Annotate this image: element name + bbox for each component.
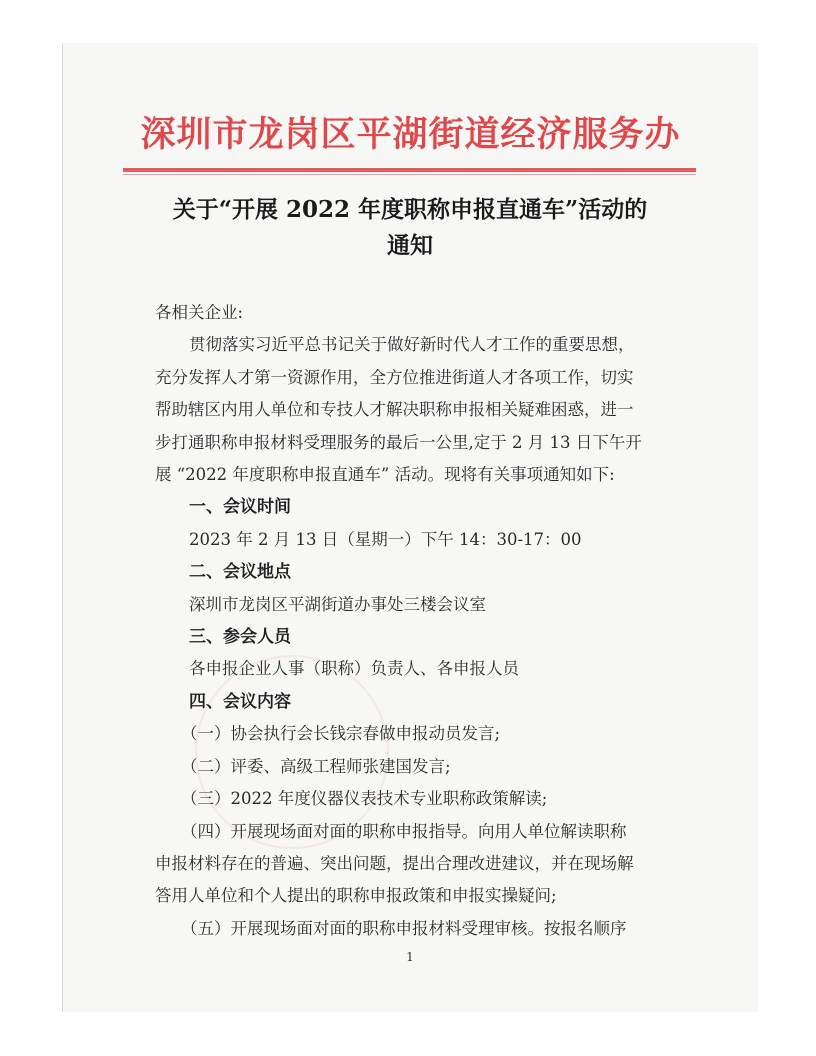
red-rule: [123, 168, 696, 172]
agenda-item-4-line: 答用人单位和个人提出的职称申报政策和申报实操疑问;: [155, 880, 675, 912]
section-heading-location: 二、会议地点: [155, 556, 675, 588]
red-rule-thin: [123, 174, 696, 175]
intro-line: 充分发挥人才第一资源作用，全方位推进街道人才各项工作，切实: [155, 362, 675, 394]
title-line-1: 关于“开展 2022 年度职称申报直通车”活动的: [110, 192, 710, 228]
intro-line: 帮助辖区内用人单位和专技人才解决职称申报相关疑难困惑，进一: [155, 394, 675, 426]
agenda-item-5-line: （五）开展现场面对面的职称申报材料受理审核。按报名顺序: [155, 913, 675, 945]
section-content-attendees: 各申报企业人事（职称）负责人、各申报人员: [155, 653, 675, 685]
section-content-location: 深圳市龙岗区平湖街道办事处三楼会议室: [155, 589, 675, 621]
section-content-time: 2023 年 2 月 13 日（星期一）下午 14：30-17：00: [155, 524, 675, 556]
agenda-item: （一）协会执行会长钱宗春做申报动员发言;: [155, 718, 675, 750]
page-number: 1: [400, 950, 420, 964]
section-heading-time: 一、会议时间: [155, 491, 675, 523]
notice-body: 各相关企业: 贯彻落实习近平总书记关于做好新时代人才工作的重要思想， 充分发挥人…: [155, 297, 675, 945]
intro-line: 展 “2022 年度职称申报直通车” 活动。现将有关事项通知如下:: [155, 459, 675, 491]
agenda-item-4-line: （四）开展现场面对面的职称申报指导。向用人单位解读职称: [155, 816, 675, 848]
intro-line: 步打通职称申报材料受理服务的最后一公里,定于 2 月 13 日下午开: [155, 427, 675, 459]
salutation: 各相关企业:: [155, 297, 675, 329]
masthead-title: 深圳市龙岗区平湖街道经济服务办: [123, 113, 698, 157]
agenda-item-4-line: 申报材料存在的普遍、突出问题，提出合理改进建议，并在现场解: [155, 848, 675, 880]
agenda-item: （三）2022 年度仪器仪表技术专业职称政策解读;: [155, 783, 675, 815]
title-line-2: 通知: [110, 228, 710, 264]
notice-title: 关于“开展 2022 年度职称申报直通车”活动的 通知: [110, 192, 710, 264]
section-heading-attendees: 三、参会人员: [155, 621, 675, 653]
agenda-item: （二）评委、高级工程师张建国发言;: [155, 751, 675, 783]
section-heading-content: 四、会议内容: [155, 686, 675, 718]
intro-line: 贯彻落实习近平总书记关于做好新时代人才工作的重要思想，: [155, 329, 675, 361]
